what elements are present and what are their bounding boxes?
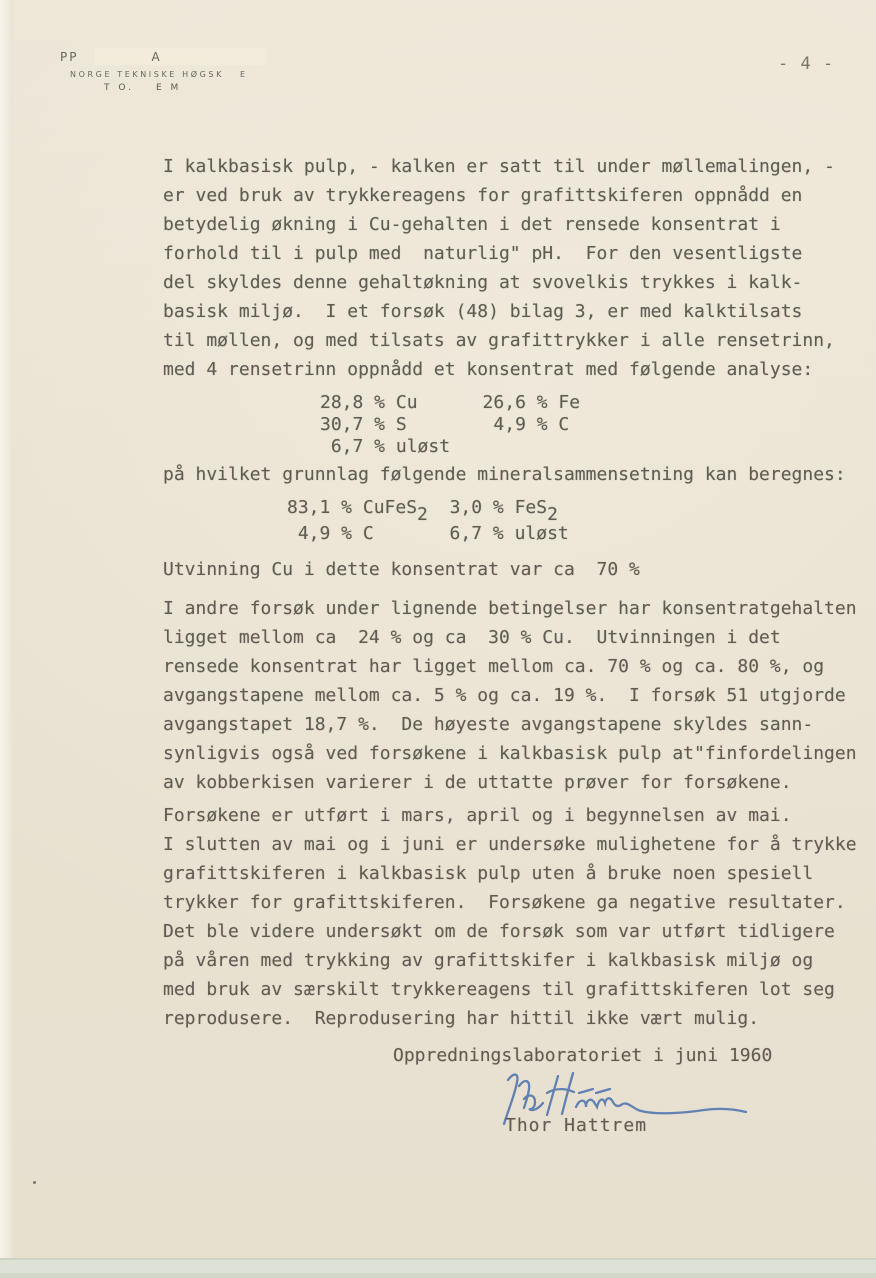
text-line: reprodusere. Reprodusering har hittil ik…: [163, 1004, 876, 1033]
text-line: I andre forsøk under lignende betingelse…: [163, 594, 876, 623]
text-line: Forsøkene er utført i mars, april og i b…: [163, 801, 876, 830]
letterhead-line3: T O. E M: [104, 83, 248, 93]
formula-part: 3,0 % FeS: [428, 497, 547, 518]
formula-subscript: 2: [547, 502, 558, 528]
text-line: rensede konsentrat har ligget mellom ca.…: [163, 652, 876, 681]
analysis-row: 28,8 % Cu 26,6 % Fe: [320, 392, 876, 414]
text-line: betydelig økning i Cu-gehalten i det ren…: [163, 210, 876, 239]
mineral-composition-table: 83,1 % CuFeS2 3,0 % FeS2 4,9 % C 6,7 % u…: [287, 495, 876, 547]
closing-line: Oppredningslaboratoriet i juni 1960: [393, 1041, 876, 1070]
text-line: avgangstapene mellom ca. 5 % og ca. 19 %…: [163, 681, 876, 710]
letterhead-line1: PP A: [60, 50, 248, 64]
page-number: - 4 -: [778, 54, 834, 74]
text-line: med bruk av særskilt trykkereagens til g…: [163, 975, 876, 1004]
document-body: I kalkbasisk pulp, - kalken er satt til …: [163, 152, 876, 1070]
text-line: del skyldes denne gehaltøkning at svovel…: [163, 268, 876, 297]
text-line: er ved bruk av trykkereagens for grafitt…: [163, 181, 876, 210]
letterhead-line2: NORGE TEKNISKE HØGSK E: [70, 70, 248, 79]
letterhead-city-right: E M: [156, 83, 181, 93]
analysis-row: 30,7 % S 4,9 % C: [320, 414, 876, 436]
analysis-table: 28,8 % Cu 26,6 % Fe 30,7 % S 4,9 % C 6,7…: [320, 392, 876, 458]
text-line: trykker for grafittskiferen. Forsøkene g…: [163, 888, 876, 917]
formula-subscript: 2: [417, 502, 428, 528]
text-line: med 4 rensetrinn oppnådd et konsentrat m…: [163, 355, 876, 384]
bottom-scan-edge-inner: [0, 1273, 876, 1278]
grunnlag-line: på hvilket grunnlag følgende mineralsamm…: [163, 460, 876, 489]
left-page-edge: [0, 0, 13, 1278]
text-line: synligvis også ved forsøkene i kalkbasis…: [163, 739, 876, 768]
formula-part: 83,1 % CuFeS: [287, 497, 417, 518]
letterhead: PP A NORGE TEKNISKE HØGSK E T O. E M: [60, 50, 248, 93]
text-line: grafittskiferen i kalkbasisk pulp uten å…: [163, 859, 876, 888]
scanned-document-page: PP A NORGE TEKNISKE HØGSK E T O. E M - 4…: [0, 0, 876, 1278]
text-line: forhold til i pulp med naturlig" pH. For…: [163, 239, 876, 268]
letterhead-line1-left: PP: [60, 50, 78, 64]
analysis-row: 6,7 % uløst: [320, 436, 876, 458]
mineral-row-2: 4,9 % C 6,7 % uløst: [287, 521, 876, 547]
paragraph-2: I andre forsøk under lignende betingelse…: [163, 594, 876, 797]
paragraph-3: Forsøkene er utført i mars, april og i b…: [163, 801, 876, 1033]
signature-typed-name: Thor Hattrem: [505, 1115, 647, 1136]
text-line: Det ble videre undersøkt om de forsøk so…: [163, 917, 876, 946]
text-line: I kalkbasisk pulp, - kalken er satt til …: [163, 152, 876, 181]
letterhead-line1-right: A: [151, 50, 161, 64]
mineral-row-1: 83,1 % CuFeS2 3,0 % FeS2: [287, 495, 876, 521]
text-line: avgangstapet 18,7 %. De høyeste avgangst…: [163, 710, 876, 739]
paragraph-1: I kalkbasisk pulp, - kalken er satt til …: [163, 152, 876, 384]
text-line: basisk miljø. I et forsøk (48) bilag 3, …: [163, 297, 876, 326]
stray-dot-mark: [33, 1181, 36, 1184]
text-line: ligget mellom ca 24 % og ca 30 % Cu. Utv…: [163, 623, 876, 652]
utvinning-line: Utvinning Cu i dette konsentrat var ca 7…: [163, 555, 876, 584]
letterhead-line2-right: E: [240, 70, 248, 79]
text-line: på våren med trykking av grafittskifer i…: [163, 946, 876, 975]
text-line: til møllen, og med tilsats av grafittryk…: [163, 326, 876, 355]
bottom-scan-edge: [0, 1258, 876, 1278]
letterhead-city-left: T O.: [104, 83, 134, 93]
letterhead-institution: NORGE TEKNISKE HØGSK: [70, 70, 224, 79]
text-line: I slutten av mai og i juni er undersøke …: [163, 830, 876, 859]
text-line: av kobberkisen varierer i de uttatte prø…: [163, 768, 876, 797]
